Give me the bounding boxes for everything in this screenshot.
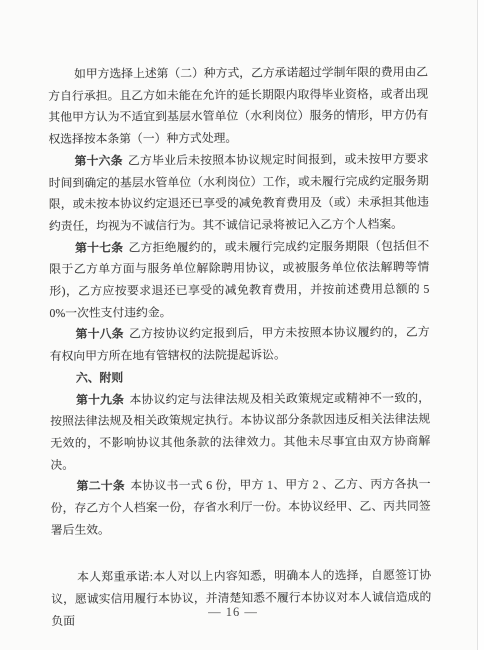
clause-paragraph: 第十六条乙方毕业后未按照本协议规定时间报到，或未按甲方要求时间到确定的基层水管单… [49,148,430,237]
clause-number: 第十八条 [76,327,124,341]
document-body: 如甲方选择上述第（二）种方式，乙方承诺超过学制年限的费用由乙方自行承担。且乙方如… [48,62,431,633]
body-paragraph: 如甲方选择上述第（二）种方式，乙方承诺超过学制年限的费用由乙方自行承担。且乙方如… [48,62,429,151]
clause-paragraph: 第十八条乙方按协议约定报到后，甲方未按照本协议履约的，乙方有权向甲方所在地有管辖… [50,322,430,368]
oath-paragraph: 本人郑重承诺:本人对以上内容知悉，明确本人的选择，自愿签订协议，愿诚实信用履行本… [51,565,431,632]
page-number: — 16 — [0,603,466,621]
clause-paragraph: 第十九条本协议约定与法律法规及相关政策规定或精神不一致的，按照法律法规及相关政策… [50,387,431,476]
section-heading: 六、附则 [50,366,430,390]
scan-edge-strip [478,0,484,650]
clause-paragraph: 第十七条乙方拒绝履约的，或未履行完成约定服务期限（包括但不限于乙方单方面与服务单… [49,235,430,324]
clause-number: 第十六条 [75,153,123,167]
clause-paragraph: 第二十条本协议书一式 6 份，甲方 1、甲方 2 、乙方、丙方各执一份，存乙方个… [51,474,431,541]
clause-number: 第十九条 [76,392,124,406]
scan-edge-line [477,0,478,650]
clause-number: 第二十条 [77,479,126,493]
clause-number: 第十七条 [75,240,123,254]
document-page: 如甲方选择上述第（二）种方式，乙方承诺超过学制年限的费用由乙方自行承担。且乙方如… [0,0,484,650]
